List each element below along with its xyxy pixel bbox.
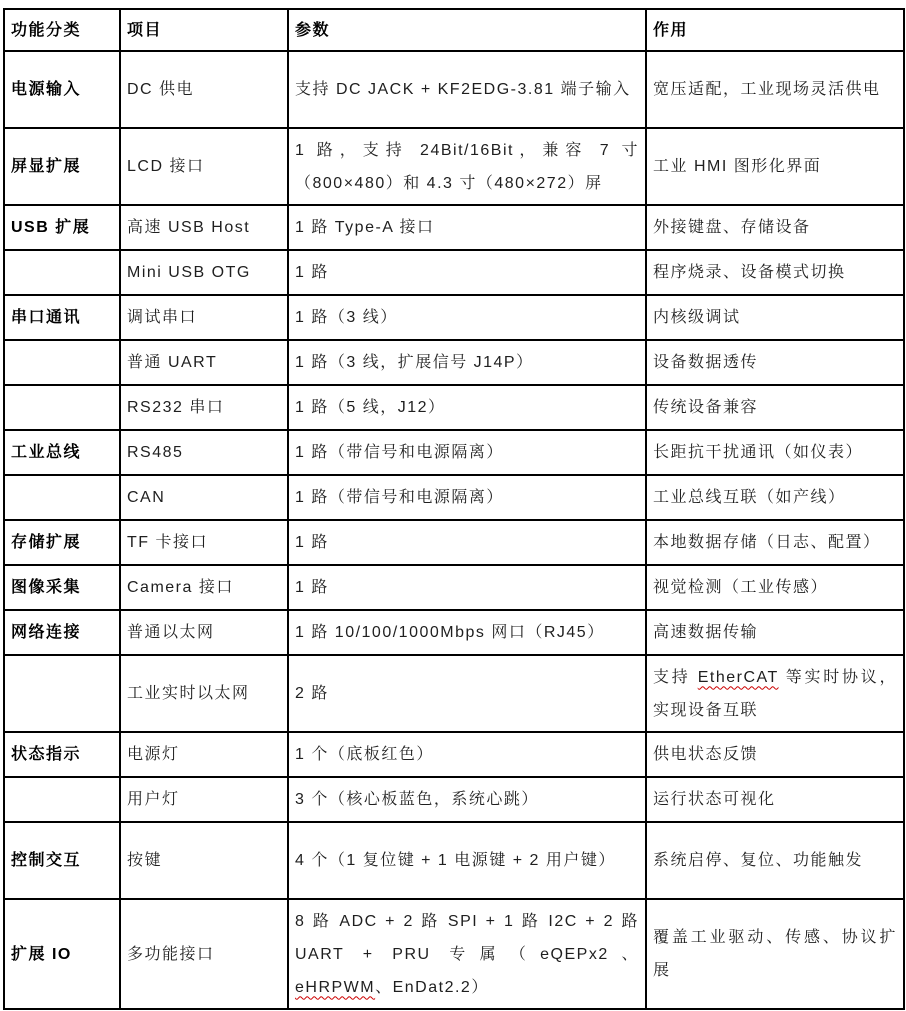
category-cell: 电源输入 [4,51,120,128]
role-cell: 供电状态反馈 [646,732,904,777]
item-cell: 调试串口 [120,295,288,340]
item-cell: 普通以太网 [120,610,288,655]
table-row: Mini USB OTG 1 路 程序烧录、设备模式切换 [4,250,904,295]
role-cell: 运行状态可视化 [646,777,904,822]
category-cell: 屏显扩展 [4,128,120,205]
header-cell-params: 参数 [288,9,646,51]
role-cell: 长距抗干扰通讯（如仪表） [646,430,904,475]
params-cell: 1 路（带信号和电源隔离） [288,430,646,475]
role-cell: 内核级调试 [646,295,904,340]
role-cell: 视觉检测（工业传感） [646,565,904,610]
table-row: 工业总线 RS485 1 路（带信号和电源隔离） 长距抗干扰通讯（如仪表） [4,430,904,475]
category-cell [4,385,120,430]
table-row: 屏显扩展 LCD 接口 1 路，支持 24Bit/16Bit，兼容 7 寸（80… [4,128,904,205]
params-cell: 1 路 Type-A 接口 [288,205,646,250]
table-row: 电源输入 DC 供电 支持 DC JACK + KF2EDG-3.81 端子输入… [4,51,904,128]
role-cell: 本地数据存储（日志、配置） [646,520,904,565]
item-cell: TF 卡接口 [120,520,288,565]
table-row: 网络连接 普通以太网 1 路 10/100/1000Mbps 网口（RJ45） … [4,610,904,655]
spellcheck-underline: eHRPWM [295,979,375,996]
table-row: 图像采集 Camera 接口 1 路 视觉检测（工业传感） [4,565,904,610]
params-cell: 1 个（底板红色） [288,732,646,777]
params-cell: 1 路（5 线，J12） [288,385,646,430]
table-row: 控制交互 按键 4 个（1 复位键 + 1 电源键 + 2 用户键） 系统启停、… [4,822,904,899]
params-cell: 1 路（3 线） [288,295,646,340]
params-cell: 1 路 [288,520,646,565]
params-cell: 1 路（3 线，扩展信号 J14P） [288,340,646,385]
category-cell [4,655,120,732]
item-cell: RS232 串口 [120,385,288,430]
params-cell: 4 个（1 复位键 + 1 电源键 + 2 用户键） [288,822,646,899]
table-row: CAN 1 路（带信号和电源隔离） 工业总线互联（如产线） [4,475,904,520]
category-cell: 状态指示 [4,732,120,777]
category-cell: 图像采集 [4,565,120,610]
category-cell: 存储扩展 [4,520,120,565]
table-row: 扩展 IO 多功能接口 8 路 ADC + 2 路 SPI + 1 路 I2C … [4,899,904,1009]
table-row: RS232 串口 1 路（5 线，J12） 传统设备兼容 [4,385,904,430]
role-cell: 程序烧录、设备模式切换 [646,250,904,295]
table-row: 普通 UART 1 路（3 线，扩展信号 J14P） 设备数据透传 [4,340,904,385]
item-cell: CAN [120,475,288,520]
item-cell: 按键 [120,822,288,899]
table-row: 状态指示 电源灯 1 个（底板红色） 供电状态反馈 [4,732,904,777]
header-cell-item: 项目 [120,9,288,51]
params-cell: 1 路（带信号和电源隔离） [288,475,646,520]
params-cell: 1 路 [288,250,646,295]
category-cell [4,250,120,295]
params-cell: 8 路 ADC + 2 路 SPI + 1 路 I2C + 2 路 UART +… [288,899,646,1009]
category-cell [4,777,120,822]
item-cell: 电源灯 [120,732,288,777]
document-page: 功能分类 项目 参数 作用 电源输入 DC 供电 支持 DC JACK + KF… [0,0,906,1011]
item-cell: 高速 USB Host [120,205,288,250]
params-cell: 1 路，支持 24Bit/16Bit，兼容 7 寸（800×480）和 4.3 … [288,128,646,205]
item-cell: 工业实时以太网 [120,655,288,732]
item-cell: LCD 接口 [120,128,288,205]
params-cell: 支持 DC JACK + KF2EDG-3.81 端子输入 [288,51,646,128]
role-cell: 工业总线互联（如产线） [646,475,904,520]
table-row: 存储扩展 TF 卡接口 1 路 本地数据存储（日志、配置） [4,520,904,565]
item-cell: DC 供电 [120,51,288,128]
role-cell: 覆盖工业驱动、传感、协议扩展 [646,899,904,1009]
category-cell [4,340,120,385]
params-cell: 1 路 10/100/1000Mbps 网口（RJ45） [288,610,646,655]
table-row: 用户灯 3 个（核心板蓝色，系统心跳） 运行状态可视化 [4,777,904,822]
spec-table: 功能分类 项目 参数 作用 电源输入 DC 供电 支持 DC JACK + KF… [3,8,905,1010]
header-cell-role: 作用 [646,9,904,51]
role-cell: 设备数据透传 [646,340,904,385]
table-header-row: 功能分类 项目 参数 作用 [4,9,904,51]
table-row: 工业实时以太网 2 路 支持 EtherCAT 等实时协议，实现设备互联 [4,655,904,732]
table-row: USB 扩展 高速 USB Host 1 路 Type-A 接口 外接键盘、存储… [4,205,904,250]
item-cell: 用户灯 [120,777,288,822]
category-cell [4,475,120,520]
spellcheck-underline: EtherCAT [698,669,779,686]
header-cell-category: 功能分类 [4,9,120,51]
category-cell: 网络连接 [4,610,120,655]
params-cell: 1 路 [288,565,646,610]
item-cell: Mini USB OTG [120,250,288,295]
category-cell: 工业总线 [4,430,120,475]
role-cell: 高速数据传输 [646,610,904,655]
role-cell: 外接键盘、存储设备 [646,205,904,250]
category-cell: USB 扩展 [4,205,120,250]
role-cell: 支持 EtherCAT 等实时协议，实现设备互联 [646,655,904,732]
params-cell: 3 个（核心板蓝色，系统心跳） [288,777,646,822]
category-cell: 控制交互 [4,822,120,899]
role-cell: 宽压适配，工业现场灵活供电 [646,51,904,128]
table-row: 串口通讯 调试串口 1 路（3 线） 内核级调试 [4,295,904,340]
item-cell: RS485 [120,430,288,475]
category-cell: 串口通讯 [4,295,120,340]
role-cell: 工业 HMI 图形化界面 [646,128,904,205]
item-cell: Camera 接口 [120,565,288,610]
item-cell: 多功能接口 [120,899,288,1009]
item-cell: 普通 UART [120,340,288,385]
params-cell: 2 路 [288,655,646,732]
category-cell: 扩展 IO [4,899,120,1009]
role-cell: 系统启停、复位、功能触发 [646,822,904,899]
role-cell: 传统设备兼容 [646,385,904,430]
